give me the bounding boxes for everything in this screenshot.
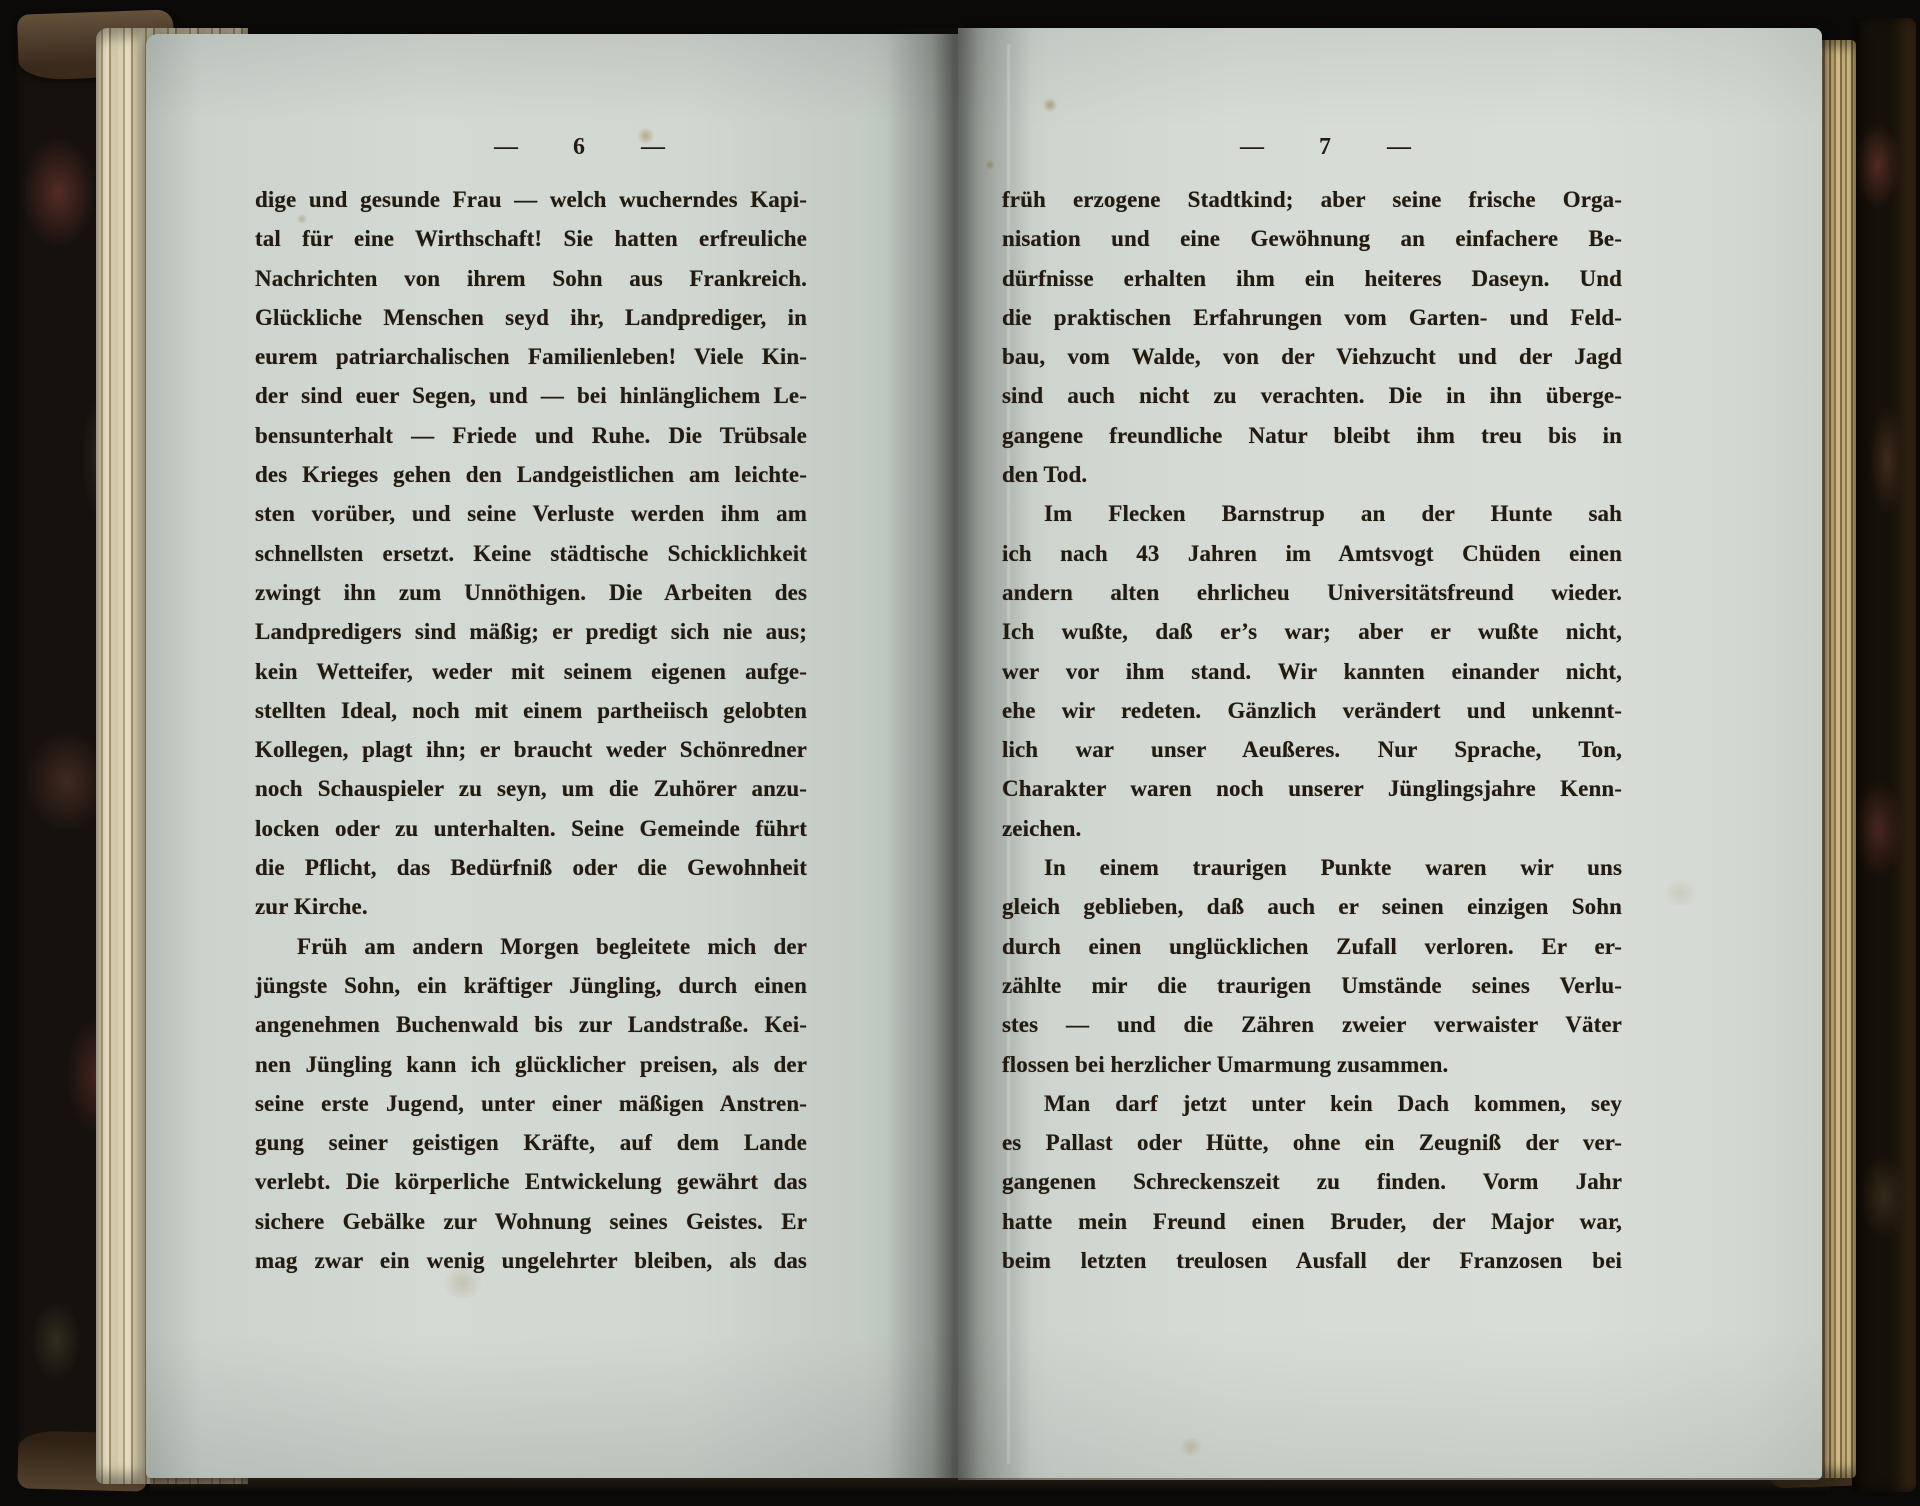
left-page-header: — 6 — [494,132,664,162]
text-line: flossen bei herzlicher Umarmung zusammen… [1002,1045,1622,1084]
text-line: nen Jüngling kann ich glücklicher preise… [255,1045,807,1084]
text-line: ehe wir redeten. Gänzlich verändert und … [1002,691,1622,730]
text-line: wer vor ihm stand. Wir kannten einander … [1002,652,1622,691]
book-bottom-edge [150,1478,1830,1492]
right-page-number: 7 [1319,132,1331,162]
header-dash: — [1387,132,1410,162]
text-line: zwingt ihn zum Unnöthigen. Die Arbeiten … [255,573,807,612]
text-line: sten vorüber, und seine Verluste werden … [255,494,807,533]
text-line: Früh am andern Morgen begleitete mich de… [255,927,807,966]
text-line: ich nach 43 Jahren im Amtsvogt Chüden ei… [1002,534,1622,573]
text-line: hatte mein Freund einen Bruder, der Majo… [1002,1202,1622,1241]
text-line: gung seiner geistigen Kräfte, auf dem La… [255,1123,807,1162]
text-line: seine erste Jugend, unter einer mäßigen … [255,1084,807,1123]
text-line: zur Kirche. [255,887,807,926]
text-line: verlebt. Die körperliche Entwickelung ge… [255,1162,807,1201]
text-line: durch einen unglücklichen Zufall verlore… [1002,927,1622,966]
text-line: den Tod. [1002,455,1622,494]
text-line: nisation und eine Gewöhnung an einfacher… [1002,219,1622,258]
text-line: Landpredigers sind mäßig; er predigt sic… [255,612,807,651]
text-line: bensunterhalt — Friede und Ruhe. Die Trü… [255,416,807,455]
text-line: die Pflicht, das Bedürfniß oder die Gewo… [255,848,807,887]
right-page-header: — 7 — [1240,132,1410,162]
text-line: gleich geblieben, daß auch er seinen ein… [1002,887,1622,926]
text-line: Nachrichten von ihrem Sohn aus Frankreic… [255,259,807,298]
text-line: sind auch nicht zu verachten. Die in ihn… [1002,376,1622,415]
left-page-text-block: dige und gesunde Frau — welch wucherndes… [255,180,807,1280]
text-line: es Pallast oder Hütte, ohne ein Zeugniß … [1002,1123,1622,1162]
text-line: gangene freundliche Natur bleibt ihm tre… [1002,416,1622,455]
text-line: Man darf jetzt unter kein Dach kommen, s… [1002,1084,1622,1123]
right-page-text-block: früh erzogene Stadtkind; aber seine fris… [1002,180,1622,1280]
text-line: zeichen. [1002,809,1622,848]
text-line: andern alten ehrlicheu Universitätsfreun… [1002,573,1622,612]
text-line: noch Schauspieler zu seyn, um die Zuhöre… [255,769,807,808]
text-line: tal für eine Wirthschaft! Sie hatten erf… [255,219,807,258]
text-line: In einem traurigen Punkte waren wir uns [1002,848,1622,887]
text-line: locken oder zu unterhalten. Seine Gemein… [255,809,807,848]
left-page-number: 6 [573,132,585,162]
header-dash: — [641,132,664,162]
text-line: mag zwar ein wenig ungelehrter bleiben, … [255,1241,807,1280]
text-line: jüngste Sohn, ein kräftiger Jüngling, du… [255,966,807,1005]
text-line: Charakter waren noch unserer Jünglingsja… [1002,769,1622,808]
text-line: bau, vom Walde, von der Viehzucht und de… [1002,337,1622,376]
text-line: gangenen Schreckenszeit zu finden. Vorm … [1002,1162,1622,1201]
text-line: schnellsten ersetzt. Keine städtische Sc… [255,534,807,573]
text-line: eurem patriarchalischen Familienleben! V… [255,337,807,376]
text-line: stes — und die Zähren zweier verwaister … [1002,1005,1622,1044]
text-line: Glückliche Menschen seyd ihr, Landpredig… [255,298,807,337]
text-line: angenehmen Buchenwald bis zur Landstraße… [255,1005,807,1044]
header-dash: — [494,132,517,162]
text-line: Kollegen, plagt ihn; er braucht weder Sc… [255,730,807,769]
text-line: dige und gesunde Frau — welch wucherndes… [255,180,807,219]
text-line: der sind euer Segen, und — bei hinlängli… [255,376,807,415]
header-dash: — [1240,132,1263,162]
text-line: lich war unser Aeußeres. Nur Sprache, To… [1002,730,1622,769]
text-line: beim letzten treulosen Ausfall der Franz… [1002,1241,1622,1280]
text-line: stellten Ideal, noch mit einem partheiis… [255,691,807,730]
text-line: des Krieges gehen den Landgeistlichen am… [255,455,807,494]
photo-background: { "palette": { "background": "#0b0a08", … [0,0,1920,1506]
text-line: die praktischen Erfahrungen vom Garten- … [1002,298,1622,337]
fore-edge-stack-right [1820,40,1856,1478]
text-line: Im Flecken Barnstrup an der Hunte sah [1002,494,1622,533]
text-line: früh erzogene Stadtkind; aber seine fris… [1002,180,1622,219]
text-line: dürfnisse erhalten ihm ein heiteres Dase… [1002,259,1622,298]
text-line: Ich wußte, daß er’s war; aber er wußte n… [1002,612,1622,651]
text-line: sichere Gebälke zur Wohnung seines Geist… [255,1202,807,1241]
text-line: zählte mir die traurigen Umstände seines… [1002,966,1622,1005]
text-line: kein Wetteifer, weder mit seinem eigenen… [255,652,807,691]
book-cover-right-marbled [1852,18,1916,1492]
